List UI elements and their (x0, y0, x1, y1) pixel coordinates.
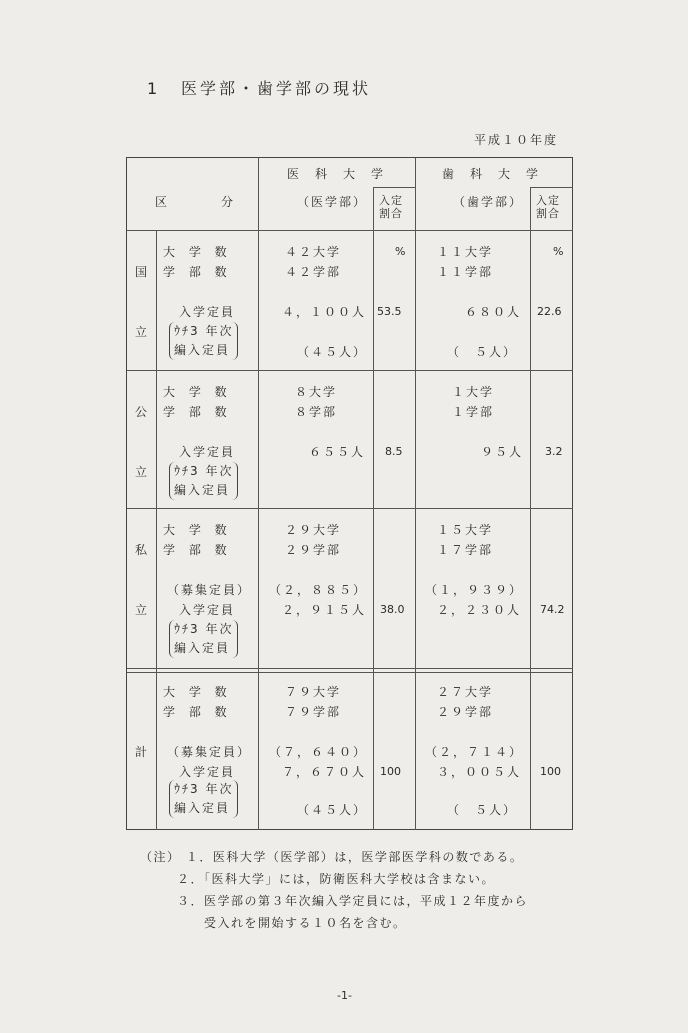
medical-faculties: ７９学部 (285, 702, 341, 722)
medical-faculties: ８学部 (295, 402, 337, 422)
divider (127, 672, 573, 673)
dental-faculties: １学部 (452, 402, 494, 422)
dental-universities: １１大学 (437, 242, 493, 262)
header-medical-sub: （医学部） (297, 192, 367, 212)
document-title: 1医学部・歯学部の現状 (147, 76, 371, 99)
page-number: -1- (337, 989, 352, 1002)
note-2: ２．「医科大学」には，防衛医科大学校は含まない。 (140, 868, 528, 890)
label-faculties: 学 部 数 (163, 402, 232, 422)
dental-ratio: 100 (540, 762, 561, 782)
header-dental-ratio: 入定割合 (536, 194, 560, 220)
dental-faculties: １７学部 (437, 540, 493, 560)
medical-admission: ６５５人 (309, 442, 365, 462)
fiscal-year: 平成１０年度 (474, 131, 558, 148)
ratio-label-line1: 入定 (379, 194, 403, 207)
header-category: 区 分 (155, 192, 243, 212)
label-admission: 入学定員 (179, 302, 235, 322)
divider (156, 230, 157, 830)
divider (127, 230, 573, 231)
medical-ratio: 53.5 (377, 302, 402, 322)
transfer-line1: ｳﾁ3 年次 (174, 322, 233, 341)
medical-ratio: 38.0 (380, 600, 405, 620)
medical-universities: ７９大学 (285, 682, 341, 702)
label-faculties: 学 部 数 (163, 262, 232, 282)
dental-universities: １５大学 (437, 520, 493, 540)
label-universities: 大 学 数 (163, 682, 232, 702)
medical-admission: ７，６７０人 (282, 762, 366, 782)
medical-ratio-unit: % (395, 242, 405, 262)
dental-admission: ３，００５人 (437, 762, 521, 782)
dental-recruitment: （２，７１４） (425, 742, 523, 762)
ratio-label-line1: 入定 (536, 194, 560, 207)
label-transfer: ｳﾁ3 年次編入定員 (169, 620, 238, 658)
divider (530, 187, 531, 830)
medical-transfer: （４５人） (297, 342, 367, 362)
medical-faculties: ２９学部 (285, 540, 341, 560)
dental-universities: １大学 (452, 382, 494, 402)
dental-universities: ２７大学 (437, 682, 493, 702)
transfer-line1: ｳﾁ3 年次 (174, 462, 233, 481)
dental-ratio: 3.2 (545, 442, 563, 462)
side-label: 計 (135, 742, 149, 762)
header-medical-ratio: 入定割合 (379, 194, 403, 220)
label-transfer: ｳﾁ3 年次編入定員 (169, 462, 238, 500)
dental-ratio-unit: % (553, 242, 563, 262)
medical-universities: ８大学 (295, 382, 337, 402)
medical-ratio: 8.5 (385, 442, 403, 462)
dental-faculties: １１学部 (437, 262, 493, 282)
divider (258, 158, 259, 830)
section-number: 1 (147, 79, 181, 98)
transfer-line2: 編入定員 (174, 341, 233, 360)
dental-faculties: ２９学部 (437, 702, 493, 722)
side-label: 立 (135, 462, 149, 482)
dental-ratio: 22.6 (537, 302, 562, 322)
label-recruitment: （募集定員） (167, 742, 251, 762)
dental-admission: ６８０人 (465, 302, 521, 322)
notes: （注） １．医科大学（医学部）は，医学部医学科の数である。 ２．「医科大学」には… (140, 846, 528, 934)
dental-ratio: 74.2 (540, 600, 565, 620)
transfer-line2: 編入定員 (174, 639, 233, 658)
medical-admission: ２，９１５人 (282, 600, 366, 620)
dental-transfer: （ ５人） (447, 342, 517, 362)
medical-faculties: ４２学部 (285, 262, 341, 282)
medical-universities: ４２大学 (285, 242, 341, 262)
side-label: 私 (135, 540, 149, 560)
side-label: 立 (135, 600, 149, 620)
dental-recruitment: （１，９３９） (425, 580, 523, 600)
medical-universities: ２９大学 (285, 520, 341, 540)
label-admission: 入学定員 (179, 442, 235, 462)
divider (127, 668, 573, 669)
note-4: 受入れを開始する１０名を含む。 (140, 912, 528, 934)
status-table: 区 分 医 科 大 学 （医学部） 入定割合 歯 科 大 学 （歯学部） 入定割… (126, 157, 573, 830)
divider (530, 187, 573, 188)
ratio-label-line2: 割合 (379, 207, 403, 220)
label-faculties: 学 部 数 (163, 702, 232, 722)
medical-transfer: （４５人） (297, 800, 367, 820)
note-1: １．医科大学（医学部）は，医学部医学科の数である。 (186, 850, 524, 864)
transfer-line1: ｳﾁ3 年次 (174, 620, 233, 639)
divider (127, 370, 573, 371)
title-text: 医学部・歯学部の現状 (181, 79, 371, 98)
header-medical-group: 医 科 大 学 (287, 164, 385, 184)
label-universities: 大 学 数 (163, 242, 232, 262)
side-label: 国 (135, 262, 149, 282)
divider (373, 187, 415, 188)
label-transfer: ｳﾁ3 年次編入定員 (169, 322, 238, 360)
note-3: ３．医学部の第３年次編入学定員には，平成１２年度から (140, 890, 528, 912)
medical-admission: ４，１００人 (282, 302, 366, 322)
dental-transfer: （ ５人） (447, 800, 517, 820)
transfer-line2: 編入定員 (174, 799, 233, 818)
divider (373, 187, 374, 830)
side-label: 立 (135, 322, 149, 342)
side-label: 公 (135, 402, 149, 422)
divider (127, 508, 573, 509)
label-universities: 大 学 数 (163, 382, 232, 402)
label-admission: 入学定員 (179, 762, 235, 782)
label-faculties: 学 部 数 (163, 540, 232, 560)
label-transfer: ｳﾁ3 年次編入定員 (169, 780, 238, 818)
label-admission: 入学定員 (179, 600, 235, 620)
medical-recruitment: （２，８８５） (269, 580, 367, 600)
medical-ratio: 100 (380, 762, 401, 782)
dental-admission: ２，２３０人 (437, 600, 521, 620)
header-dental-sub: （歯学部） (453, 192, 523, 212)
label-universities: 大 学 数 (163, 520, 232, 540)
header-dental-group: 歯 科 大 学 (442, 164, 540, 184)
medical-recruitment: （７，６４０） (269, 742, 367, 762)
notes-prefix: （注） (140, 850, 181, 864)
transfer-line1: ｳﾁ3 年次 (174, 780, 233, 799)
divider (415, 158, 416, 830)
dental-admission: ９５人 (481, 442, 523, 462)
ratio-label-line2: 割合 (536, 207, 560, 220)
transfer-line2: 編入定員 (174, 481, 233, 500)
label-recruitment: （募集定員） (167, 580, 251, 600)
note-line: （注） １．医科大学（医学部）は，医学部医学科の数である。 (140, 846, 528, 868)
